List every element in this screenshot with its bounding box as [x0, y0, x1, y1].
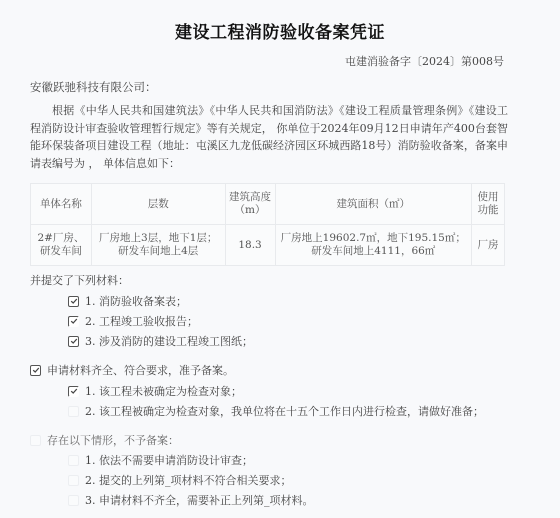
rejected-option[interactable]: 存在以下情形，不予备案： [30, 432, 179, 448]
cell-unit-name: 2#厂房、研发车间 [31, 225, 92, 266]
rejected-item-text: 2. 提交的上列第_项材料不符合相关要求； [85, 472, 292, 488]
approved-item-1[interactable]: 1. 该工程未被确定为检查对象； [68, 383, 242, 399]
header-area: 建筑面积（㎡） [275, 184, 472, 225]
checkbox-unchecked-icon[interactable] [68, 475, 79, 486]
material-item-1[interactable]: 1. 消防验收备案表； [68, 293, 187, 309]
table-header-row: 单体名称 层数 建筑高度（m） 建筑面积（㎡） 使用功能 [31, 184, 505, 225]
materials-label: 并提交了下列材料： [30, 272, 129, 288]
checkbox-unchecked-icon[interactable] [30, 435, 41, 446]
checkbox-checked-icon[interactable] [68, 296, 79, 307]
checkbox-checked-icon[interactable] [30, 365, 41, 376]
rejected-item-text: 3. 申请材料不齐全，需要补正上列第_项材料。 [85, 492, 314, 508]
rejected-item-text: 1. 依法不需要申请消防设计审查； [85, 452, 253, 468]
cell-use: 厂房 [472, 225, 505, 266]
checkbox-checked-icon[interactable] [68, 386, 79, 397]
rejected-item-2[interactable]: 2. 提交的上列第_项材料不符合相关要求； [68, 472, 292, 488]
checkbox-unchecked-icon[interactable] [68, 455, 79, 466]
checkbox-checked-icon[interactable] [68, 316, 79, 327]
material-item-3[interactable]: 3. 涉及消防的建设工程竣工图纸； [68, 333, 253, 349]
cell-height: 18.3 [225, 225, 275, 266]
material-item-text: 1. 消防验收备案表； [85, 293, 187, 309]
document-page: 建设工程消防验收备案凭证 屯建消验备字〔2024〕第008号 安徽跃驰科技有限公… [0, 0, 560, 518]
unit-info-table: 单体名称 层数 建筑高度（m） 建筑面积（㎡） 使用功能 2#厂房、研发车间 厂… [30, 183, 505, 266]
rejected-item-3[interactable]: 3. 申请材料不齐全，需要补正上列第_项材料。 [68, 492, 314, 508]
header-use: 使用功能 [472, 184, 505, 225]
header-floors: 层数 [91, 184, 225, 225]
cell-area: 厂房地上19602.7㎡，地下195.15㎡；研发车间地上4111，66㎡ [275, 225, 472, 266]
material-item-text: 2. 工程竣工验收报告； [85, 313, 198, 329]
table-row: 2#厂房、研发车间 厂房地上3层，地下1层；研发车间地上4层 18.3 厂房地上… [31, 225, 505, 266]
approved-item-text: 1. 该工程未被确定为检查对象； [85, 383, 242, 399]
rejected-item-1[interactable]: 1. 依法不需要申请消防设计审查； [68, 452, 253, 468]
header-height: 建筑高度（m） [225, 184, 275, 225]
approved-option[interactable]: 申请材料齐全、符合要求，准予备案。 [30, 362, 234, 378]
header-unit-name: 单体名称 [31, 184, 92, 225]
document-number: 屯建消验备字〔2024〕第008号 [345, 53, 504, 69]
approved-item-2[interactable]: 2. 该工程被确定为检查对象，我单位将在十五个工作日内进行检查，请做好准备； [68, 403, 484, 419]
approved-label: 申请材料齐全、符合要求，准予备案。 [47, 362, 234, 378]
checkbox-unchecked-icon[interactable] [68, 495, 79, 506]
approved-item-text: 2. 该工程被确定为检查对象，我单位将在十五个工作日内进行检查，请做好准备； [85, 403, 484, 419]
checkbox-unchecked-icon[interactable] [68, 406, 79, 417]
document-title: 建设工程消防验收备案凭证 [0, 18, 560, 43]
cell-floors: 厂房地上3层，地下1层；研发车间地上4层 [91, 225, 225, 266]
checkbox-checked-icon[interactable] [68, 336, 79, 347]
material-item-text: 3. 涉及消防的建设工程竣工图纸； [85, 333, 253, 349]
recipient: 安徽跃驰科技有限公司： [30, 79, 157, 95]
material-item-2[interactable]: 2. 工程竣工验收报告； [68, 313, 198, 329]
body-paragraph: 根据《中华人民共和国建筑法》《中华人民共和国消防法》《建设工程质量管理条例》《建… [30, 102, 508, 172]
rejected-label: 存在以下情形，不予备案： [47, 432, 179, 448]
